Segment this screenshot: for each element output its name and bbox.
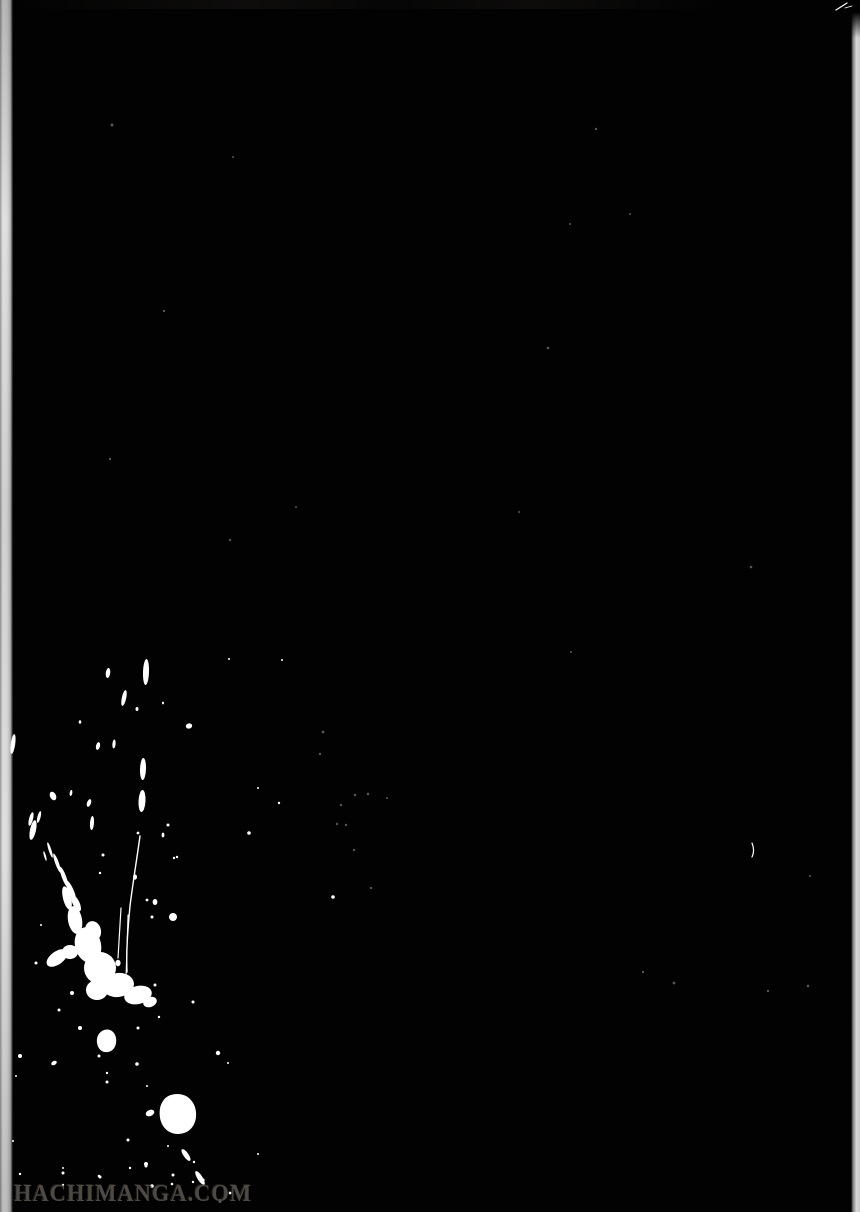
splatter-droplet [43,851,48,861]
splatter-faint-dot [547,347,550,350]
splatter-droplet [62,945,78,959]
splatter-dot [106,1072,108,1074]
splatter-faint-dot [809,875,811,877]
splatter-dot [145,1165,148,1168]
splatter-droplet [162,833,165,838]
splatter-dot [281,659,283,661]
splatter-dot [331,895,335,899]
splatter-faint-dot [340,804,342,806]
splatter-streak [836,3,847,10]
splatter-droplet [36,811,42,823]
splatter-droplet [140,758,147,780]
watermark-text: HACHIMANGA.COM [14,1182,252,1206]
splatter-dot [158,1016,160,1018]
splatter-droplet [69,790,73,796]
splatter-droplet [162,702,164,705]
splatter-faint-dot [807,985,810,988]
splatter-faint-dot [295,506,297,508]
splatter-droplet [145,1108,156,1117]
splatter-faint-dot [673,982,676,985]
splatter-faint-dot [595,128,597,130]
splatter-dot [98,1055,101,1058]
splatter-dot [137,832,140,835]
splatter-faint-dot [111,124,114,127]
splatter-droplet [153,899,158,905]
splatter-streak [845,6,852,8]
splatter-dot [35,962,38,965]
splatter-dot [176,856,178,858]
splatter-droplet [124,978,128,983]
splatter-dot [228,658,230,660]
splatter-faint-dot [518,511,520,513]
splatter-dot [146,899,149,902]
splatter-streak [752,843,754,857]
splatter-dot [257,787,259,789]
splatter-dot [146,1085,148,1087]
splatter-dot [167,1145,169,1147]
splatter-dot [169,913,177,921]
splatter-faint-dot [367,793,370,796]
splatter-droplet [105,668,111,679]
splatter-dot [102,854,105,857]
splatter-dot [19,1173,21,1175]
splatter-dot [15,1075,17,1077]
splatter-faint-dot [642,971,644,973]
splatter-dot [216,1051,220,1055]
splatter-droplet [112,739,116,748]
splatter-faint-dot [570,651,572,653]
splatter-dot [137,1027,140,1030]
splatter-dot [58,1009,61,1012]
splatter-droplet [180,1148,192,1162]
splatter-blob [160,1094,197,1134]
splatter-dot [257,1153,259,1155]
splatter-dot [106,1081,109,1084]
splatter-faint-dot [336,823,338,825]
splatter-droplet [79,720,82,724]
splatter-dot [193,1161,195,1163]
splatter-droplet [46,842,54,858]
splatter-dot [167,824,170,827]
splatter-faint-dot [370,887,372,889]
splatter-faint-dot [163,310,165,312]
splatter-droplet [50,1060,57,1066]
splatter-dot [12,1140,14,1142]
splatter-blob [97,1029,116,1052]
splatter-dot [78,1026,82,1030]
splatter-droplet [120,690,128,707]
splatter-faint-dot [629,213,631,215]
splatter-dot [40,924,42,926]
splatter-dot [98,1175,101,1178]
splatter-faint-dot [750,566,753,569]
splatter-faint-dot [354,794,357,797]
splatter-dot [18,1054,22,1058]
splatter-faint-dot [322,731,325,734]
splatter-faint-dot [345,824,347,826]
splatter-droplet [185,723,193,730]
splatter-dot [129,1167,131,1169]
splatter-faint-dot [569,223,571,225]
ink-splatter [0,0,860,1212]
splatter-streak [127,836,140,972]
manga-page: HACHIMANGA.COM [0,0,860,1212]
splatter-dot [62,1167,64,1169]
splatter-faint-dot [353,849,355,851]
splatter-droplet [95,742,101,751]
splatter-faint-dot [319,753,321,755]
splatter-droplet [138,790,146,812]
splatter-dot [99,872,101,874]
splatter-dot [172,1174,175,1177]
splatter-faint-dot [767,990,769,992]
splatter-droplet [90,816,95,830]
splatter-faint-dot [386,797,388,799]
splatter-droplet [115,960,120,966]
splatter-faint-dot [232,156,234,158]
splatter-droplet [9,734,16,754]
splatter-dot [154,984,157,987]
splatter-dot [127,1139,130,1142]
splatter-dot [173,857,175,859]
splatter-faint-dot [109,458,111,460]
splatter-dot [135,1062,139,1066]
splatter-droplet [86,980,108,1000]
splatter-droplet [143,659,150,685]
splatter-dot [192,1001,195,1004]
splatter-droplet [136,707,139,711]
ink-splatter-group [9,3,852,1203]
splatter-dot [227,1062,229,1064]
splatter-dot [278,802,280,804]
splatter-dot [247,831,251,835]
splatter-droplet [48,791,57,802]
splatter-dot [62,1172,65,1175]
splatter-streak [118,908,121,958]
splatter-droplet [86,799,92,808]
splatter-dot [70,991,74,995]
splatter-faint-dot [229,539,231,541]
splatter-dot [151,916,154,919]
